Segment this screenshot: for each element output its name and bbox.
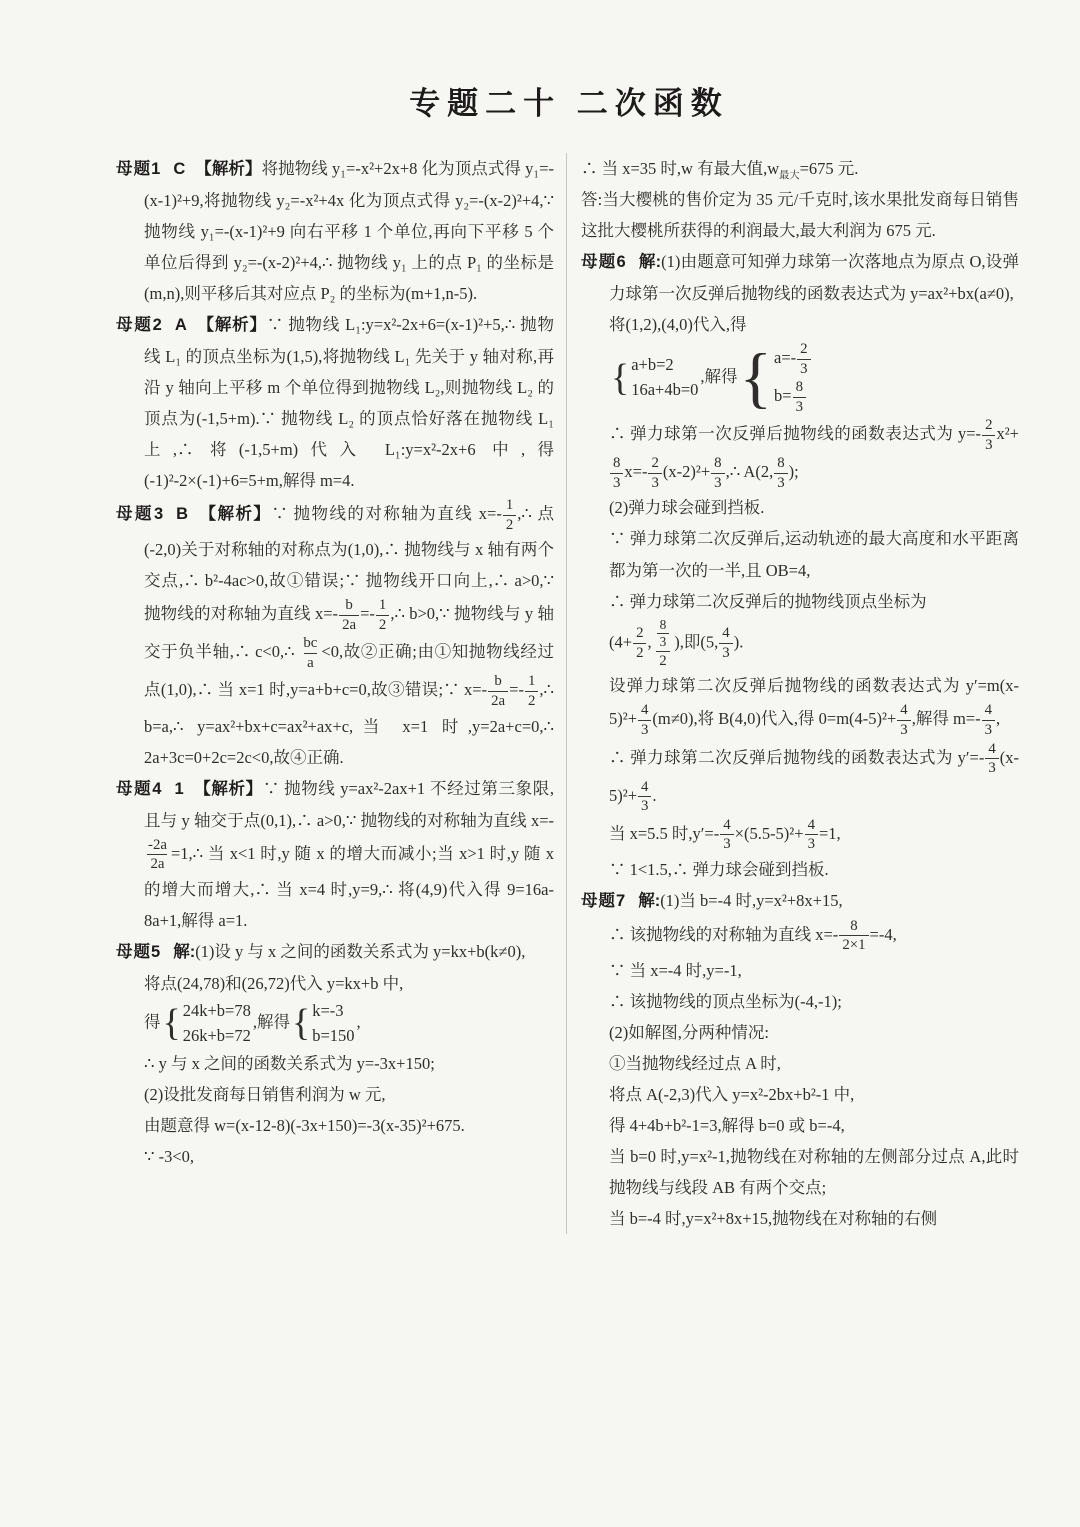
fraction-numerator: 2 <box>797 340 810 359</box>
problem-label: 母题1 <box>116 160 161 178</box>
problem-answer: 解: <box>173 943 195 961</box>
fraction: 43 <box>985 740 998 778</box>
equation-rows: 24k+b=7826k+b=72 <box>183 999 251 1049</box>
fraction: 43 <box>638 701 651 739</box>
fraction: 43 <box>719 624 732 662</box>
fraction: 43 <box>982 701 995 739</box>
fraction-numerator: b <box>342 596 355 615</box>
fraction-denominator: 2 <box>525 691 538 711</box>
equation-row: 24k+b=78 <box>183 999 251 1024</box>
solution-paragraph: 母题41【解析】∵ 抛物线 y=ax²-2ax+1 不经过第三象限,且与 y 轴… <box>144 773 554 936</box>
problem-block: 母题3B【解析】∵ 抛物线的对称轴为直线 x=-12,∴ 点(-2,0)关于对称… <box>116 496 554 772</box>
solution-paragraph: 得 4+4b+b²-1=3,解得 b=0 或 b=-4, <box>609 1110 1019 1141</box>
equation-row: k=-3 <box>312 999 343 1024</box>
equation-row: b=83 <box>774 378 807 416</box>
brace-icon: { <box>740 348 772 409</box>
page: 专题二十 二次函数 母题1C【解析】将抛物线 y₁=-x²+2x+8 化为顶点式… <box>0 0 1080 1527</box>
problem-answer: B <box>176 505 188 523</box>
fraction: 83 <box>610 454 623 492</box>
equation-system: {k=-3b=150 <box>292 999 355 1049</box>
solution-paragraph: 由题意得 w=(x-12-8)(-3x+150)=-3(x-35)²+675. <box>144 1110 554 1141</box>
fraction: 83 <box>657 617 670 651</box>
fraction-denominator: 2×1 <box>839 935 868 955</box>
fraction-numerator: 2 <box>648 454 661 473</box>
equation-rows: k=-3b=150 <box>312 999 354 1049</box>
fraction: 23 <box>648 454 661 492</box>
fraction-denominator: a <box>304 653 317 673</box>
equation-row: 16a+4b=0 <box>631 378 698 403</box>
solution-paragraph: ∵ 弹力球第二次反弹后,运动轨迹的最大高度和水平距离都为第一次的一半,且 OB=… <box>609 523 1019 585</box>
fraction-numerator: 4 <box>720 816 733 835</box>
fraction-denominator: 2 <box>633 643 646 663</box>
fraction-numerator: 4 <box>638 701 651 720</box>
analysis-tag: 【解析】 <box>198 505 271 523</box>
solution-paragraph: ∴ 弹力球第一次反弹后抛物线的函数表达式为 y=-23x²+83x=-23(x-… <box>609 416 1019 492</box>
fraction-denominator: 2a <box>488 691 508 711</box>
problem-label: 母题7 <box>581 892 626 910</box>
fraction-numerator: 8 <box>610 454 623 473</box>
fraction-numerator: 8 <box>711 454 724 473</box>
problem-block: 母题7解:(1)当 b=-4 时,y=x²+8x+15,∴ 该抛物线的对称轴为直… <box>581 885 1019 1234</box>
solution-paragraph: {a+b=216a+4b=0,解得{a=-23b=83 <box>609 340 1019 416</box>
fraction-numerator: 4 <box>985 740 998 759</box>
subscript: 最大 <box>779 170 799 181</box>
solution-paragraph: 当 b=0 时,y=x²-1,抛物线在对称轴的左侧部分过点 A,此时抛物线与线段… <box>609 1141 1019 1203</box>
fraction-denominator: 3 <box>805 834 818 854</box>
fraction-numerator: 1 <box>525 672 538 691</box>
fraction-denominator: 3 <box>897 720 910 740</box>
fraction: 832 <box>653 617 674 671</box>
left-column: 母题1C【解析】将抛物线 y₁=-x²+2x+8 化为顶点式得 y₁=-(x-1… <box>116 153 554 1234</box>
fraction-numerator: 8 <box>657 617 670 634</box>
solution-paragraph: 母题2A【解析】∵ 抛物线 L₁:y=x²-2x+6=(x-1)²+5,∴ 抛物… <box>144 309 554 496</box>
fraction-denominator: 3 <box>720 834 733 854</box>
solution-paragraph: (4+22,832),即(5,43). <box>609 617 1019 671</box>
fraction-numerator: 8 <box>847 917 860 936</box>
fraction: 83 <box>774 454 787 492</box>
column-divider <box>566 153 567 1234</box>
fraction: -2a2a <box>145 836 170 874</box>
solution-paragraph: (2)设批发商每日销售利润为 w 元, <box>144 1079 554 1110</box>
fraction: b2a <box>339 596 359 634</box>
fraction-denominator: 2 <box>656 651 669 671</box>
problem-block: ∴ 当 x=35 时,w 有最大值,w最大=675 元.答:当大樱桃的售价定为 … <box>581 153 1019 246</box>
fraction-denominator: 3 <box>774 473 787 493</box>
equation-row: 26k+b=72 <box>183 1024 251 1049</box>
brace-icon: { <box>163 1006 181 1040</box>
problem-answer: 1 <box>174 780 183 798</box>
problem-answer: C <box>173 160 185 178</box>
fraction-denominator: 2a <box>339 615 359 635</box>
fraction-numerator: 1 <box>503 496 516 515</box>
solution-paragraph: 母题5解:(1)设 y 与 x 之间的函数关系式为 y=kx+b(k≠0), <box>144 936 554 968</box>
solution-paragraph: 得{24k+b=7826k+b=72,解得{k=-3b=150, <box>144 999 554 1049</box>
fraction: bca <box>300 634 320 672</box>
problem-block: 母题41【解析】∵ 抛物线 y=ax²-2ax+1 不经过第三象限,且与 y 轴… <box>116 773 554 936</box>
problem-label: 母题2 <box>116 316 163 334</box>
fraction: 43 <box>897 701 910 739</box>
fraction-numerator: 4 <box>719 624 732 643</box>
fraction: 12 <box>503 496 516 534</box>
fraction-denominator: 2 <box>503 515 516 535</box>
brace-icon: { <box>611 361 629 395</box>
problem-block: 母题2A【解析】∵ 抛物线 L₁:y=x²-2x+6=(x-1)²+5,∴ 抛物… <box>116 309 554 496</box>
fraction-denominator: 3 <box>797 359 810 379</box>
fraction-denominator: 3 <box>982 435 995 455</box>
solution-paragraph: ∴ 当 x=35 时,w 有最大值,w最大=675 元. <box>581 153 1019 184</box>
fraction-numerator: 8 <box>774 454 787 473</box>
fraction-denominator: 3 <box>610 473 623 493</box>
fraction-denominator: 3 <box>711 473 724 493</box>
solution-paragraph: 母题1C【解析】将抛物线 y₁=-x²+2x+8 化为顶点式得 y₁=-(x-1… <box>144 153 554 309</box>
equation-system: {a+b=216a+4b=0 <box>611 353 698 403</box>
equation-row: b=150 <box>312 1024 354 1049</box>
fraction-denominator: 3 <box>985 758 998 778</box>
problem-label: 母题4 <box>116 780 162 798</box>
fraction-denominator: 2 <box>376 615 389 635</box>
solution-paragraph: 答:当大樱桃的售价定为 35 元/千克时,该水果批发商每日销售这批大樱桃所获得的… <box>581 184 1019 246</box>
solution-paragraph: ∵ -3<0, <box>144 1141 554 1172</box>
solution-paragraph: ∴ 该抛物线的对称轴为直线 x=-82×1=-4, <box>609 917 1019 955</box>
solution-paragraph: (2)如解图,分两种情况: <box>609 1017 1019 1048</box>
solution-paragraph: (2)弹力球会碰到挡板. <box>609 492 1019 523</box>
fraction-denominator: 3 <box>657 633 670 651</box>
solution-paragraph: 将点 A(-2,3)代入 y=x²-2bx+b²-1 中, <box>609 1079 1019 1110</box>
problem-label: 母题5 <box>116 943 161 961</box>
fraction-numerator: b <box>491 672 504 691</box>
problem-answer: 解: <box>638 892 660 910</box>
solution-paragraph: ∴ 弹力球第二次反弹后的抛物线顶点坐标为 <box>609 586 1019 617</box>
fraction: 23 <box>982 416 995 454</box>
two-column-layout: 母题1C【解析】将抛物线 y₁=-x²+2x+8 化为顶点式得 y₁=-(x-1… <box>116 153 1022 1234</box>
fraction: 83 <box>711 454 724 492</box>
fraction-numerator: 2 <box>982 416 995 435</box>
fraction-denominator: 3 <box>648 473 661 493</box>
problem-block: 母题6解:(1)由题意可知弹力球第一次落地点为原点 O,设弹力球第一次反弹后抛物… <box>581 246 1019 885</box>
fraction-numerator: 83 <box>653 617 674 651</box>
fraction-denominator: 3 <box>982 720 995 740</box>
fraction: 23 <box>797 340 810 378</box>
problem-answer: A <box>175 316 187 334</box>
solution-paragraph: 母题6解:(1)由题意可知弹力球第一次落地点为原点 O,设弹力球第一次反弹后抛物… <box>609 246 1019 309</box>
fraction-numerator: 4 <box>897 701 910 720</box>
fraction: b2a <box>488 672 508 710</box>
fraction-numerator: 2 <box>633 624 646 643</box>
equation-rows: a+b=216a+4b=0 <box>631 353 698 403</box>
fraction: 43 <box>720 816 733 854</box>
solution-paragraph: ∴ 弹力球第二次反弹后抛物线的函数表达式为 y′=-43(x-5)²+43. <box>609 740 1019 816</box>
fraction-numerator: 4 <box>638 778 651 797</box>
solution-paragraph: 母题7解:(1)当 b=-4 时,y=x²+8x+15, <box>609 885 1019 917</box>
problem-block: 母题5解:(1)设 y 与 x 之间的函数关系式为 y=kx+b(k≠0),将点… <box>116 936 554 1173</box>
problem-label: 母题3 <box>116 505 164 523</box>
fraction-denominator: 3 <box>638 796 651 816</box>
solution-paragraph: ∵ 当 x=-4 时,y=-1, <box>609 955 1019 986</box>
problem-answer: 解: <box>639 253 661 271</box>
fraction-denominator: 3 <box>793 397 806 417</box>
solution-paragraph: ∴ y 与 x 之间的函数关系式为 y=-3x+150; <box>144 1048 554 1079</box>
equation-rows: a=-23b=83 <box>774 340 812 416</box>
right-column: ∴ 当 x=35 时,w 有最大值,w最大=675 元.答:当大樱桃的售价定为 … <box>581 153 1019 1234</box>
solution-paragraph: 母题3B【解析】∵ 抛物线的对称轴为直线 x=-12,∴ 点(-2,0)关于对称… <box>144 496 554 772</box>
fraction-numerator: 4 <box>805 816 818 835</box>
analysis-tag: 【解析】 <box>195 160 261 178</box>
fraction-denominator: 2a <box>147 854 167 874</box>
analysis-tag: 【解析】 <box>197 316 267 334</box>
equation-row: a=-23 <box>774 340 812 378</box>
fraction-numerator: 4 <box>982 701 995 720</box>
solution-paragraph: ①当抛物线经过点 A 时, <box>609 1048 1019 1079</box>
solution-paragraph: ∴ 该抛物线的顶点坐标为(-4,-1); <box>609 986 1019 1017</box>
analysis-tag: 【解析】 <box>194 780 263 798</box>
fraction: 43 <box>638 778 651 816</box>
problem-label: 母题6 <box>581 253 627 271</box>
fraction: 82×1 <box>839 917 868 955</box>
equation-system: {a=-23b=83 <box>740 340 812 416</box>
fraction-denominator: 3 <box>719 643 732 663</box>
solution-paragraph: 将点(24,78)和(26,72)代入 y=kx+b 中, <box>144 968 554 999</box>
fraction: 83 <box>793 378 806 416</box>
solution-paragraph: 设弹力球第二次反弹后抛物线的函数表达式为 y′=m(x-5)²+43(m≠0),… <box>609 670 1019 739</box>
brace-icon: { <box>292 1006 310 1040</box>
problem-block: 母题1C【解析】将抛物线 y₁=-x²+2x+8 化为顶点式得 y₁=-(x-1… <box>116 153 554 309</box>
page-title: 专题二十 二次函数 <box>116 78 1022 123</box>
fraction: 43 <box>805 816 818 854</box>
fraction-numerator: bc <box>300 634 320 653</box>
fraction: 12 <box>525 672 538 710</box>
equation-row: a+b=2 <box>631 353 673 378</box>
fraction-denominator: 3 <box>638 720 651 740</box>
fraction-numerator: -2a <box>145 836 170 855</box>
equation-system: {24k+b=7826k+b=72 <box>163 999 251 1049</box>
solution-paragraph: 当 x=5.5 时,y′=-43×(5.5-5)²+43=1, <box>609 816 1019 854</box>
solution-paragraph: 将(1,2),(4,0)代入,得 <box>609 309 1019 340</box>
solution-paragraph: ∵ 1<1.5,∴ 弹力球会碰到挡板. <box>609 854 1019 885</box>
fraction: 12 <box>376 596 389 634</box>
fraction: 22 <box>633 624 646 662</box>
fraction-numerator: 8 <box>793 378 806 397</box>
fraction-numerator: 1 <box>376 596 389 615</box>
solution-paragraph: 当 b=-4 时,y=x²+8x+15,抛物线在对称轴的右侧 <box>609 1203 1019 1234</box>
